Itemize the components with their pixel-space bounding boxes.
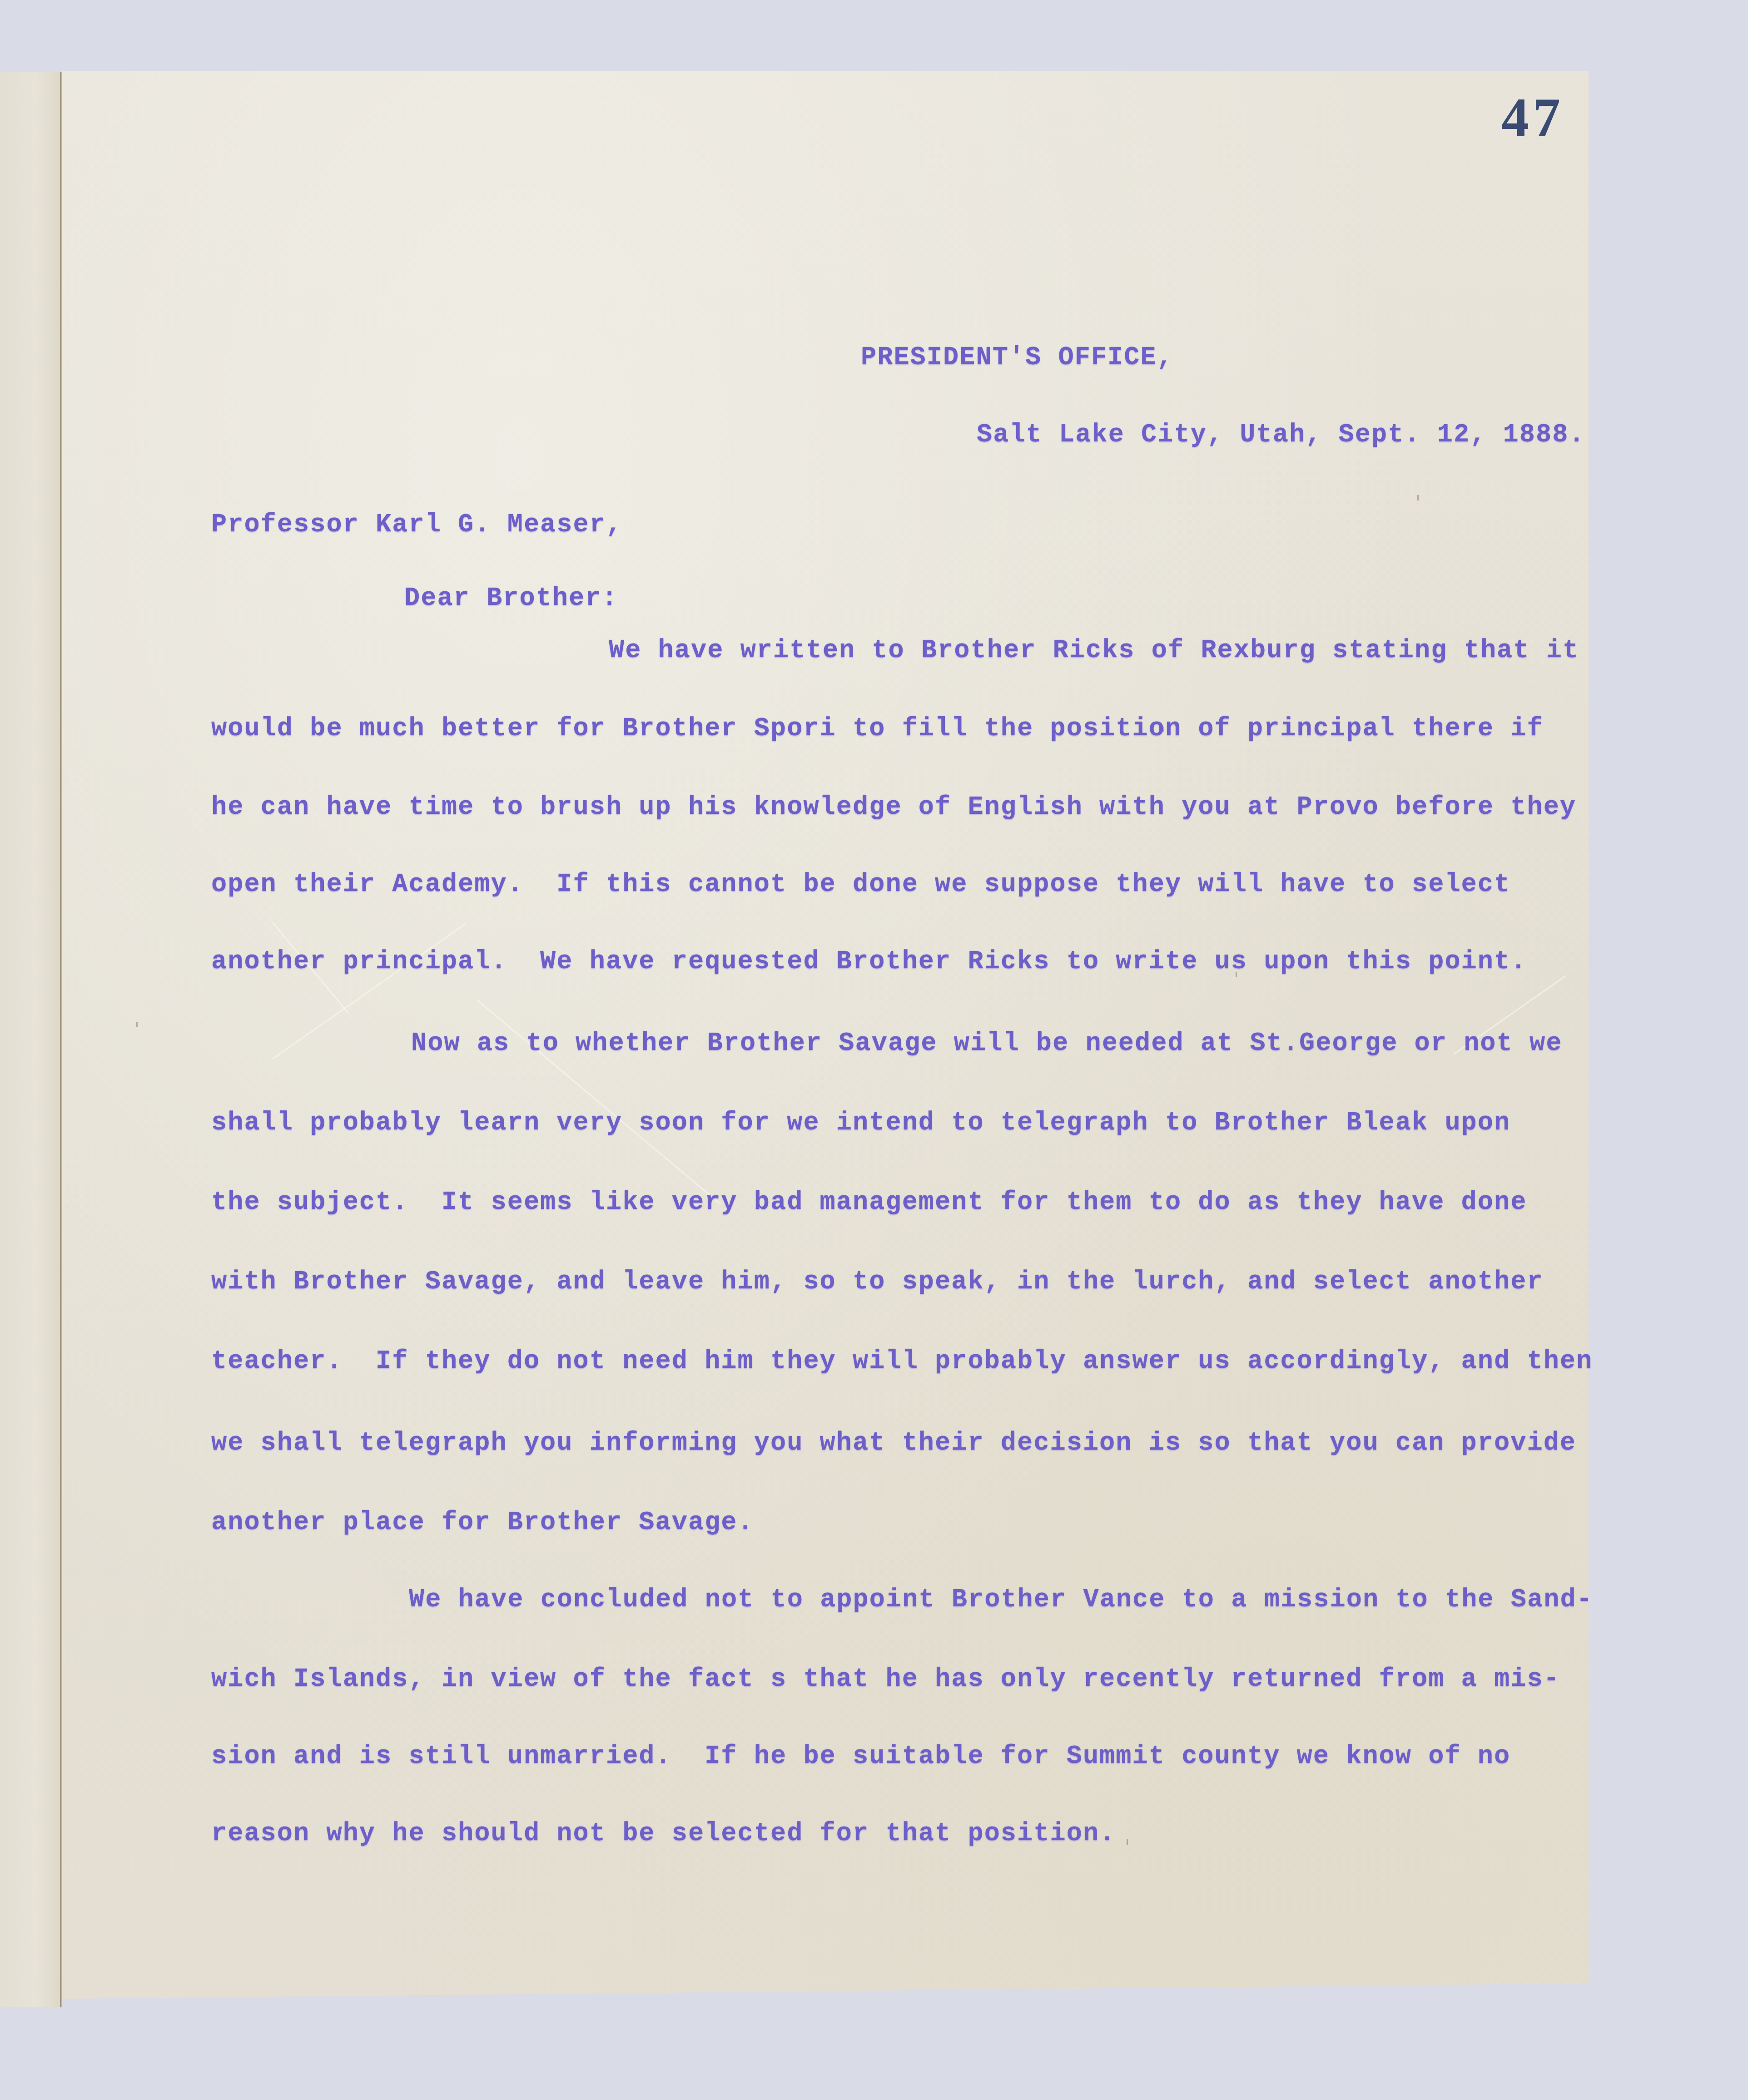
body-line: another place for Brother Savage. xyxy=(211,1510,754,1536)
body-line: with Brother Savage, and leave him, so t… xyxy=(211,1269,1544,1295)
letterhead-heading: PRESIDENT'S OFFICE, xyxy=(861,345,1173,371)
body-line: wich Islands, in view of the fact s that… xyxy=(211,1667,1560,1693)
body-line: another principal. We have requested Bro… xyxy=(211,949,1527,975)
body-line: open their Academy. If this cannot be do… xyxy=(211,872,1510,898)
page-fold-line xyxy=(60,72,62,2007)
body-line: shall probably learn very soon for we in… xyxy=(211,1110,1510,1136)
body-line: sion and is still unmarried. If he be su… xyxy=(211,1744,1510,1770)
body-line: Now as to whether Brother Savage will be… xyxy=(411,1031,1562,1057)
paper-speck xyxy=(1127,1839,1128,1845)
salutation: Dear Brother: xyxy=(404,586,618,612)
body-line: reason why he should not be selected for… xyxy=(211,1821,1116,1847)
body-line: would be much better for Brother Spori t… xyxy=(211,716,1544,742)
body-line: We have concluded not to appoint Brother… xyxy=(409,1587,1593,1613)
body-line: we shall telegraph you informing you wha… xyxy=(211,1431,1576,1456)
body-line: teacher. If they do not need him they wi… xyxy=(211,1349,1593,1375)
body-line: the subject. It seems like very bad mana… xyxy=(211,1190,1527,1216)
paper-speck xyxy=(1417,495,1419,500)
body-line: he can have time to brush up his knowled… xyxy=(211,795,1576,821)
paper-speck xyxy=(136,1022,138,1027)
dateline: Salt Lake City, Utah, Sept. 12, 1888. xyxy=(977,422,1585,448)
body-line: We have written to Brother Ricks of Rexb… xyxy=(609,638,1579,664)
addressee: Professor Karl G. Measer, xyxy=(211,512,622,538)
adjacent-page-strip xyxy=(0,72,60,2007)
page-number: 47 xyxy=(1501,86,1564,150)
